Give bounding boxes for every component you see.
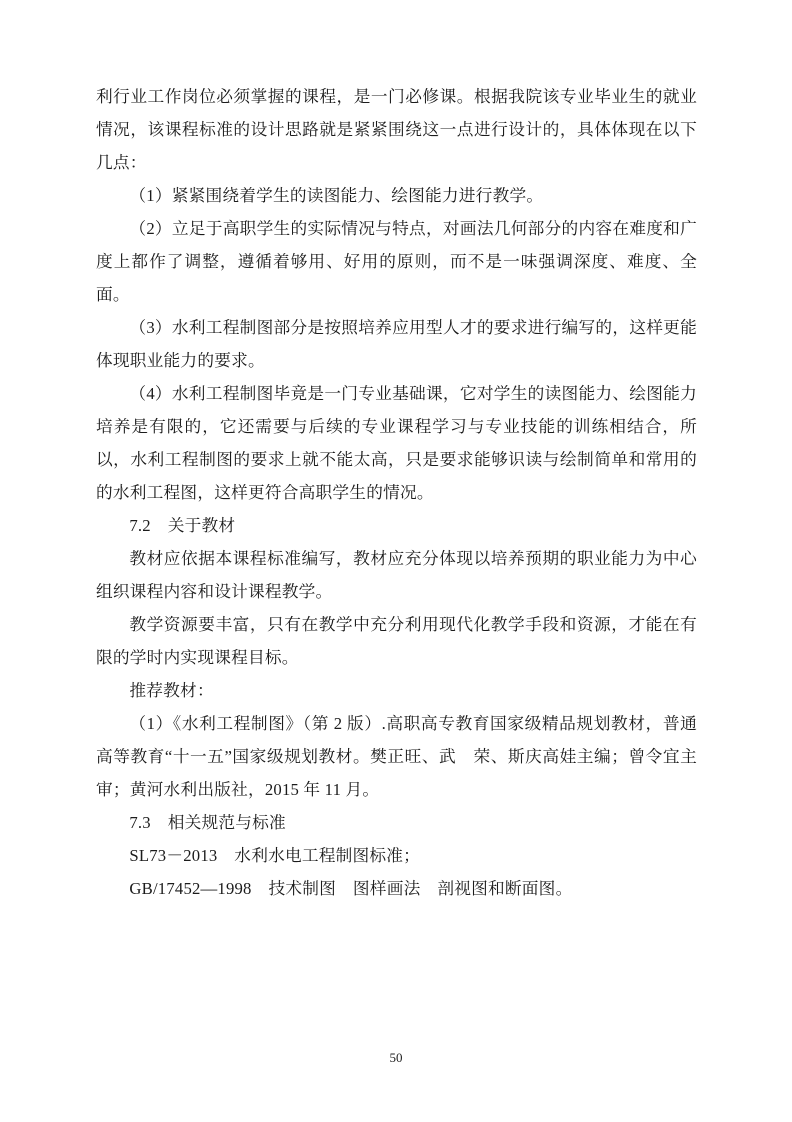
page-body-text: 利行业工作岗位必须掌握的课程，是一门必修课。根据我院该专业毕业生的就业情况，该课… [96, 80, 697, 905]
paragraph-intro-continuation: 利行业工作岗位必须掌握的课程，是一门必修课。根据我院该专业毕业生的就业情况，该课… [96, 80, 697, 179]
paragraph-teaching-material-1: 教材应依据本课程标准编写，教材应充分体现以培养预期的职业能力为中心组织课程内容和… [96, 542, 697, 608]
recommended-textbook-item-1: （1）《水利工程制图》（第 2 版）.高职高专教育国家级精品规划教材，普通高等教… [96, 707, 697, 806]
document-page: 利行业工作岗位必须掌握的课程，是一门必修课。根据我院该专业毕业生的就业情况，该课… [0, 0, 792, 1122]
page-number: 50 [390, 1050, 403, 1065]
standard-item-gb17452: GB/17452—1998 技术制图 图样画法 剖视图和断面图。 [96, 872, 697, 905]
paragraph-design-point-3: （3）水利工程制图部分是按照培养应用型人才的要求进行编写的，这样更能体现职业能力… [96, 311, 697, 377]
page-footer: 50 [0, 1050, 792, 1066]
paragraph-design-point-2: （2）立足于高职学生的实际情况与特点，对画法几何部分的内容在难度和广度上都作了调… [96, 212, 697, 311]
standard-item-sl73: SL73－2013 水利水电工程制图标准； [96, 839, 697, 872]
paragraph-teaching-material-2: 教学资源要丰富，只有在教学中充分利用现代化教学手段和资源，才能在有限的学时内实现… [96, 608, 697, 674]
section-heading-7-3: 7.3 相关规范与标准 [96, 806, 697, 839]
paragraph-design-point-4: （4）水利工程制图毕竟是一门专业基础课，它对学生的读图能力、绘图能力培养是有限的… [96, 377, 697, 509]
paragraph-design-point-1: （1）紧紧围绕着学生的读图能力、绘图能力进行教学。 [96, 179, 697, 212]
recommended-textbook-label: 推荐教材： [96, 674, 697, 707]
section-heading-7-2: 7.2 关于教材 [96, 509, 697, 542]
